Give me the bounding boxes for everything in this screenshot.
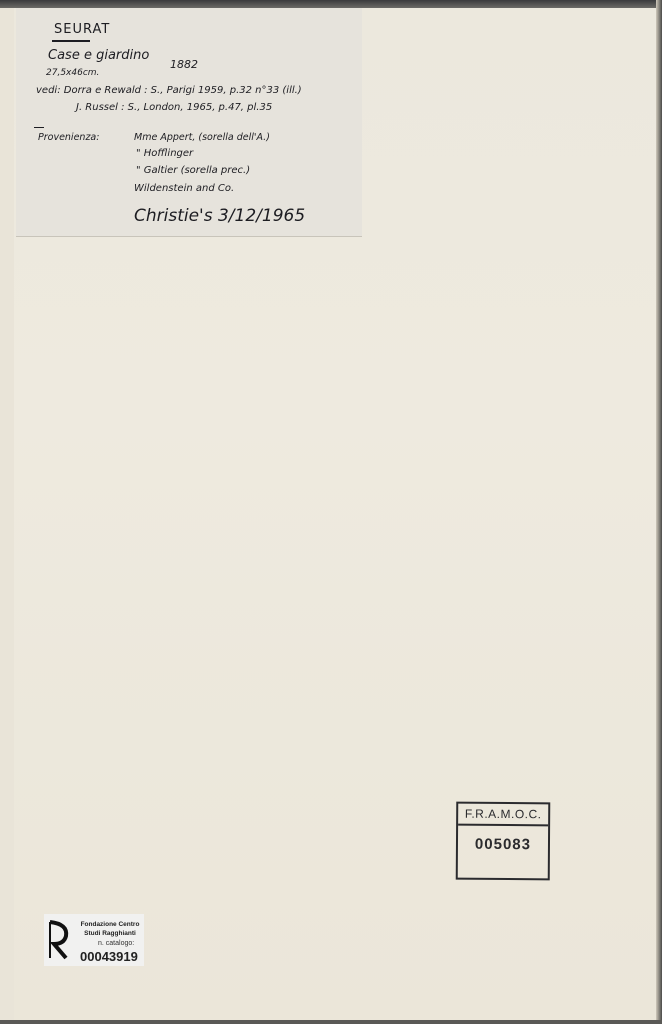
- stamp-header: F.R.A.M.O.C.: [458, 804, 548, 827]
- artwork-dimensions: 27,5x46cm.: [46, 68, 99, 78]
- foundation-name-line: Fondazione Centro: [78, 920, 142, 929]
- scan-bottom-edge: [0, 1020, 662, 1024]
- ragghianti-logo-icon: [46, 918, 70, 962]
- artist-name: SEURAT: [54, 22, 110, 37]
- catalog-number: 00043919: [80, 949, 138, 964]
- foundation-name: Fondazione Centro Studi Ragghianti: [78, 920, 142, 938]
- artwork-year: 1882: [170, 58, 198, 71]
- scan-right-edge: [656, 0, 662, 1024]
- dash-mark: [34, 127, 44, 128]
- provenance-entry: " Galtier (sorella prec.): [136, 165, 250, 176]
- catalog-card: SEURAT Case e giardino 1882 27,5x46cm. v…: [16, 8, 362, 237]
- scan-top-edge: [0, 0, 662, 8]
- catalog-label: n. catalogo:: [98, 940, 134, 947]
- provenance-entry: Mme Appert, (sorella dell'A.): [134, 132, 270, 143]
- artwork-title: Case e giardino: [48, 48, 149, 63]
- framoc-stamp: F.R.A.M.O.C. 005083: [456, 802, 551, 881]
- provenance-entry: Wildenstein and Co.: [134, 183, 234, 194]
- reference-line: vedi: Dorra e Rewald : S., Parigi 1959, …: [36, 85, 302, 96]
- foundation-name-line: Studi Ragghianti: [78, 929, 142, 938]
- artist-underline: [52, 40, 90, 42]
- archive-label: Fondazione Centro Studi Ragghianti n. ca…: [44, 914, 144, 966]
- provenance-entry: " Hofflinger: [136, 148, 193, 159]
- provenance-label: Provenienza:: [38, 132, 99, 143]
- reference-line: J. Russel : S., London, 1965, p.47, pl.3…: [76, 102, 272, 113]
- sale-record: Christie's 3/12/1965: [134, 206, 305, 226]
- stamp-number: 005083: [458, 836, 548, 854]
